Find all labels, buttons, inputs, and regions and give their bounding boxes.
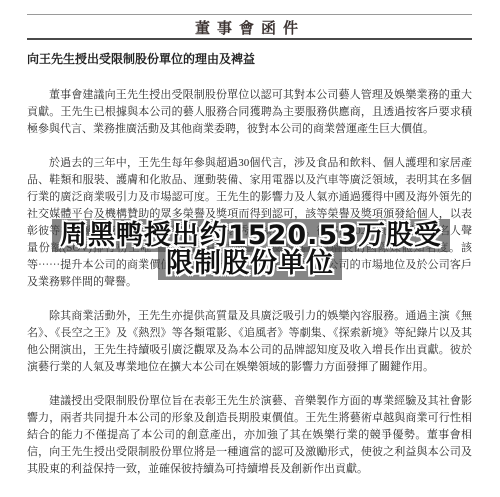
body-paragraph: 除其商業活動外，王先生亦提供高質量及具廣泛吸引力的娛樂內容服務。通過主演《無名》… bbox=[27, 308, 472, 376]
page-title: 董事會函件 bbox=[0, 17, 500, 38]
header-rule-bottom bbox=[27, 38, 472, 40]
body-paragraph: 建議授出受限制股份單位旨在表彰王先生於演藝、音樂製作方面的專業經驗及其社會影響力… bbox=[27, 393, 472, 478]
body-paragraph: 於過去的三年中，王先生每年參與超過30個代言，涉及食品和飲料、個人護理和家居產品… bbox=[27, 155, 472, 291]
body-paragraph: 董事會建議向王先生授出受限制股份單位以認可其對本公司藝人管理及娛樂業務的重大貢獻… bbox=[27, 87, 472, 138]
document-body: 向王先生授出受限制股份單位的理由及裨益 董事會建議向王先生授出受限制股份單位以認… bbox=[27, 51, 472, 495]
section-heading: 向王先生授出受限制股份單位的理由及裨益 bbox=[27, 51, 472, 68]
header-rule-top bbox=[27, 14, 472, 15]
document-page: 董事會函件 向王先生授出受限制股份單位的理由及裨益 董事會建議向王先生授出受限制… bbox=[0, 0, 500, 497]
